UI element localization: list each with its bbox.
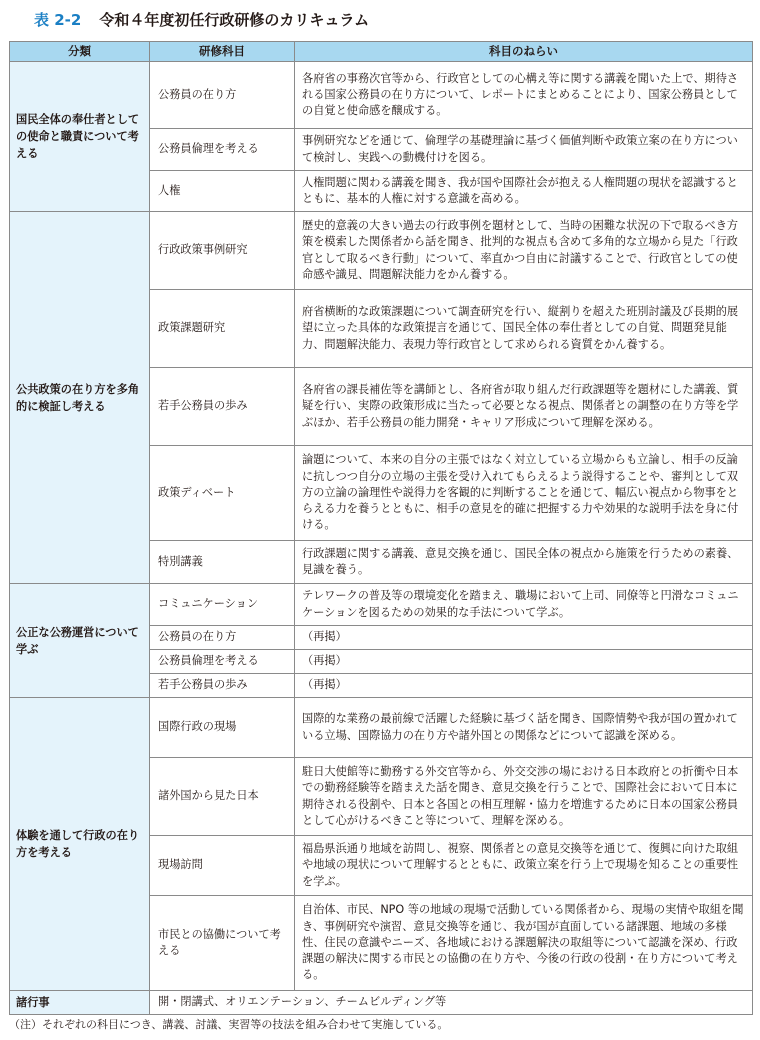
table-row: 体験を通して行政の在り方を考える 国際行政の現場 国際的な業務の最前線で活躍した… bbox=[10, 698, 753, 758]
subject-cell: 現場訪問 bbox=[150, 836, 295, 896]
curriculum-table: 分類 研修科目 科目のねらい 国民全体の奉仕者としての使命と職責について考える … bbox=[9, 41, 753, 1015]
subject-cell: 公務員倫理を考える bbox=[150, 129, 295, 171]
table-number-label: 表 2-2 bbox=[34, 9, 81, 30]
table-footnote: （注）それぞれの科目につき、講義、討議、実習等の技法を組み合わせて実施している。 bbox=[9, 1016, 448, 1032]
subject-cell: 若手公務員の歩み bbox=[150, 368, 295, 446]
table-row: 公正な公務運営について学ぶ コミュニケーション テレワークの普及等の環境変化を踏… bbox=[10, 584, 753, 626]
table-row: 公共政策の在り方を多角的に検証し考える 行政政策事例研究 歴史的意義の大きい過去… bbox=[10, 212, 753, 290]
subject-cell: 国際行政の現場 bbox=[150, 698, 295, 758]
table-title-bar: 表 2-2 令和４年度初任行政研修のカリキュラム bbox=[8, 6, 369, 32]
aim-cell: 人権問題に関わる講義を聞き、我が国や国際社会が抱える人権問題の現状を認識するとと… bbox=[295, 171, 753, 212]
category-cell: 国民全体の奉仕者としての使命と職責について考える bbox=[10, 62, 150, 212]
aim-cell: 各府省の事務次官等から、行政官としての心構え等に関する講義を聞いた上で、期待され… bbox=[295, 62, 753, 129]
events-content-cell: 開・閉講式、オリエンテーション、チームビルディング等 bbox=[150, 991, 753, 1015]
aim-cell: （再掲） bbox=[295, 674, 753, 698]
table-title: 令和４年度初任行政研修のカリキュラム bbox=[99, 9, 369, 30]
column-header-subject: 研修科目 bbox=[150, 42, 295, 62]
category-cell: 体験を通して行政の在り方を考える bbox=[10, 698, 150, 991]
aim-cell: テレワークの普及等の環境変化を踏まえ、職場において上司、同僚等と円滑なコミュニケ… bbox=[295, 584, 753, 626]
subject-cell: 人権 bbox=[150, 171, 295, 212]
subject-cell: コミュニケーション bbox=[150, 584, 295, 626]
table-header-row: 分類 研修科目 科目のねらい bbox=[10, 42, 753, 62]
aim-cell: 論題について、本来の自分の主張ではなく対立している立場からも立論し、相手の反論に… bbox=[295, 446, 753, 541]
column-header-category: 分類 bbox=[10, 42, 150, 62]
aim-cell: 国際的な業務の最前線で活躍した経験に基づく話を聞き、国際情勢や我が国の置かれてい… bbox=[295, 698, 753, 758]
subject-cell: 諸外国から見た日本 bbox=[150, 758, 295, 836]
category-cell: 公正な公務運営について学ぶ bbox=[10, 584, 150, 698]
aim-cell: 駐日大使館等に勤務する外交官等から、外交交渉の場における日本政府との折衝や日本で… bbox=[295, 758, 753, 836]
subject-cell: 市民との協働について考える bbox=[150, 896, 295, 991]
subject-cell: 公務員の在り方 bbox=[150, 626, 295, 650]
aim-cell: 福島県浜通り地域を訪問し、視察、関係者との意見交換等を通じて、復興に向けた取組や… bbox=[295, 836, 753, 896]
subject-cell: 公務員倫理を考える bbox=[150, 650, 295, 674]
aim-cell: （再掲） bbox=[295, 626, 753, 650]
aim-cell: 行政課題に関する講義、意見交換を通じ、国民全体の視点から施策を行うための素養、見… bbox=[295, 541, 753, 584]
table-number-tag: 表 2-2 bbox=[8, 7, 91, 31]
aim-cell: 事例研究などを通じて、倫理学の基礎理論に基づく価値判断や政策立案の在り方について… bbox=[295, 129, 753, 171]
subject-cell: 政策課題研究 bbox=[150, 290, 295, 368]
subject-cell: 特別講義 bbox=[150, 541, 295, 584]
subject-cell: 行政政策事例研究 bbox=[150, 212, 295, 290]
aim-cell: （再掲） bbox=[295, 650, 753, 674]
table-row: 国民全体の奉仕者としての使命と職責について考える 公務員の在り方 各府省の事務次… bbox=[10, 62, 753, 129]
aim-cell: 各府省の課長補佐等を講師とし、各府省が取り組んだ行政課題等を題材にした講義、質疑… bbox=[295, 368, 753, 446]
category-cell: 諸行事 bbox=[10, 991, 150, 1015]
aim-cell: 府省横断的な政策課題について調査研究を行い、縦割りを超えた班別討議及び長期的展望… bbox=[295, 290, 753, 368]
tag-circle-icon bbox=[13, 12, 27, 26]
aim-cell: 歴史的意義の大きい過去の行政事例を題材として、当時の困難な状況の下で取るべき方策… bbox=[295, 212, 753, 290]
category-cell: 公共政策の在り方を多角的に検証し考える bbox=[10, 212, 150, 584]
subject-cell: 若手公務員の歩み bbox=[150, 674, 295, 698]
aim-cell: 自治体、市民、NPO 等の地域の現場で活動している関係者から、現場の実情や取組を… bbox=[295, 896, 753, 991]
subject-cell: 政策ディベート bbox=[150, 446, 295, 541]
column-header-aim: 科目のねらい bbox=[295, 42, 753, 62]
table-row-events: 諸行事 開・閉講式、オリエンテーション、チームビルディング等 bbox=[10, 991, 753, 1015]
subject-cell: 公務員の在り方 bbox=[150, 62, 295, 129]
